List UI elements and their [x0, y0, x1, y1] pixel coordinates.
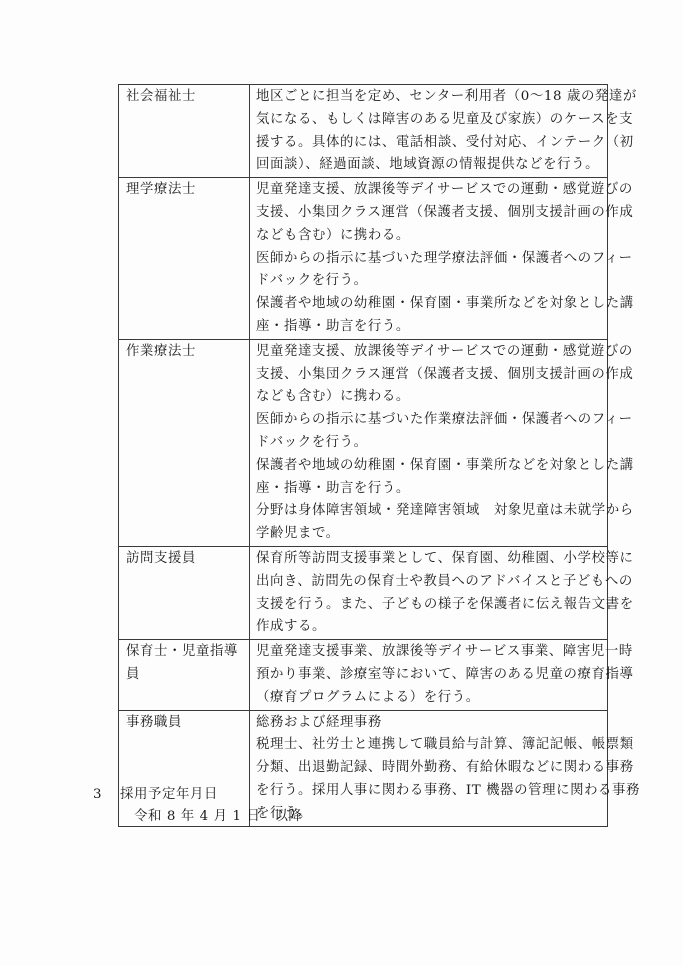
description-line: 医師からの指示に基づいた理学療法評価・保護者へのフィー	[256, 248, 604, 271]
job-roles-table: 社会福祉士 地区ごとに担当を定め、センター利用者（0〜18 歳の発達が 気になる…	[118, 84, 608, 827]
role-name: 訪問支援員	[119, 546, 250, 639]
description-line: なども含む）に携わる。	[256, 225, 604, 248]
hiring-date: 令和 8 年 4 月 1 日 以降	[134, 806, 302, 828]
section-number: 3	[93, 784, 120, 806]
section-title: 採用予定年月日	[120, 787, 218, 802]
description-line: 保護者や地域の幼稚園・保育園・事業所などを対象とした講	[256, 293, 604, 316]
role-name: 社会福祉士	[119, 85, 250, 178]
description-line: 援する。具体的には、電話相談、受付対応、インテーク（初	[256, 132, 604, 155]
description-line: 分野は身体障害領域・発達障害領域 対象児童は未就学から	[256, 500, 604, 523]
description-line: 気になる、もしくは障害のある児童及び家族）のケースを支	[256, 109, 604, 132]
description-line: 回面談）、経過面談、地域資源の情報提供などを行う。	[256, 154, 604, 177]
description-line: 支援、小集団クラス運営（保護者支援、個別支援計画の作成	[256, 202, 604, 225]
table-row: 社会福祉士 地区ごとに担当を定め、センター利用者（0〜18 歳の発達が 気になる…	[119, 85, 608, 178]
role-name: 保育士・児童指導員	[119, 640, 250, 710]
description-line: を行う。	[256, 803, 604, 826]
description-line: 保育所等訪問支援事業として、保育園、幼稚園、小学校等に	[256, 548, 604, 571]
role-name: 作業療法士	[119, 339, 250, 546]
description-line: なども含む）に携わる。	[256, 386, 604, 409]
description-line: 児童発達支援事業、放課後等デイサービス事業、障害児一時	[256, 641, 604, 664]
table-row: 訪問支援員 保育所等訪問支援事業として、保育園、幼稚園、小学校等に 出向き、訪問…	[119, 546, 608, 639]
role-description: 児童発達支援事業、放課後等デイサービス事業、障害児一時 預かり事業、診療室等にお…	[250, 640, 608, 710]
description-line: 医師からの指示に基づいた作業療法評価・保護者へのフィー	[256, 409, 604, 432]
description-line: 保護者や地域の幼稚園・保育園・事業所などを対象とした講	[256, 455, 604, 478]
role-description: 地区ごとに担当を定め、センター利用者（0〜18 歳の発達が 気になる、もしくは障…	[250, 85, 608, 178]
document-page: 社会福祉士 地区ごとに担当を定め、センター利用者（0〜18 歳の発達が 気になる…	[0, 0, 683, 966]
description-line: 総務および経理事務	[256, 712, 604, 735]
role-name: 理学療法士	[119, 178, 250, 340]
role-description: 保育所等訪問支援事業として、保育園、幼稚園、小学校等に 出向き、訪問先の保育士や…	[250, 546, 608, 639]
description-line: 作成する。	[256, 616, 604, 639]
table-row: 保育士・児童指導員 児童発達支援事業、放課後等デイサービス事業、障害児一時 預か…	[119, 640, 608, 710]
role-description: 児童発達支援、放課後等デイサービスでの運動・感覚遊びの 支援、小集団クラス運営（…	[250, 339, 608, 546]
section-heading: 3採用予定年月日	[93, 784, 218, 806]
table-row: 理学療法士 児童発達支援、放課後等デイサービスでの運動・感覚遊びの 支援、小集団…	[119, 178, 608, 340]
table-row: 作業療法士 児童発達支援、放課後等デイサービスでの運動・感覚遊びの 支援、小集団…	[119, 339, 608, 546]
description-line: ドバックを行う。	[256, 270, 604, 293]
description-line: 地区ごとに担当を定め、センター利用者（0〜18 歳の発達が	[256, 86, 604, 109]
description-line: ドバックを行う。	[256, 432, 604, 455]
description-line: 座・指導・助言を行う。	[256, 316, 604, 339]
description-line: （療育プログラムによる）を行う。	[256, 687, 604, 710]
description-line: 預かり事業、診療室等において、障害のある児童の療育指導	[256, 664, 604, 687]
description-line: 税理士、社労士と連携して職員給与計算、簿記記帳、帳票類	[256, 734, 604, 757]
description-line: 学齢児まで。	[256, 523, 604, 546]
role-description: 児童発達支援、放課後等デイサービスでの運動・感覚遊びの 支援、小集団クラス運営（…	[250, 178, 608, 340]
description-line: 支援を行う。また、子どもの様子を保護者に伝え報告文書を	[256, 594, 604, 617]
description-line: 児童発達支援、放課後等デイサービスでの運動・感覚遊びの	[256, 179, 604, 202]
description-line: 支援、小集団クラス運営（保護者支援、個別支援計画の作成	[256, 364, 604, 387]
description-line: を行う。採用人事に関わる事務、IT 機器の管理に関わる事務	[256, 780, 604, 803]
description-line: 分類、出退勤記録、時間外勤務、有給休暇などに関わる事務	[256, 757, 604, 780]
role-description: 総務および経理事務 税理士、社労士と連携して職員給与計算、簿記記帳、帳票類 分類…	[250, 710, 608, 826]
description-line: 出向き、訪問先の保育士や教員へのアドバイスと子どもへの	[256, 571, 604, 594]
description-line: 座・指導・助言を行う。	[256, 478, 604, 501]
description-line: 児童発達支援、放課後等デイサービスでの運動・感覚遊びの	[256, 341, 604, 364]
